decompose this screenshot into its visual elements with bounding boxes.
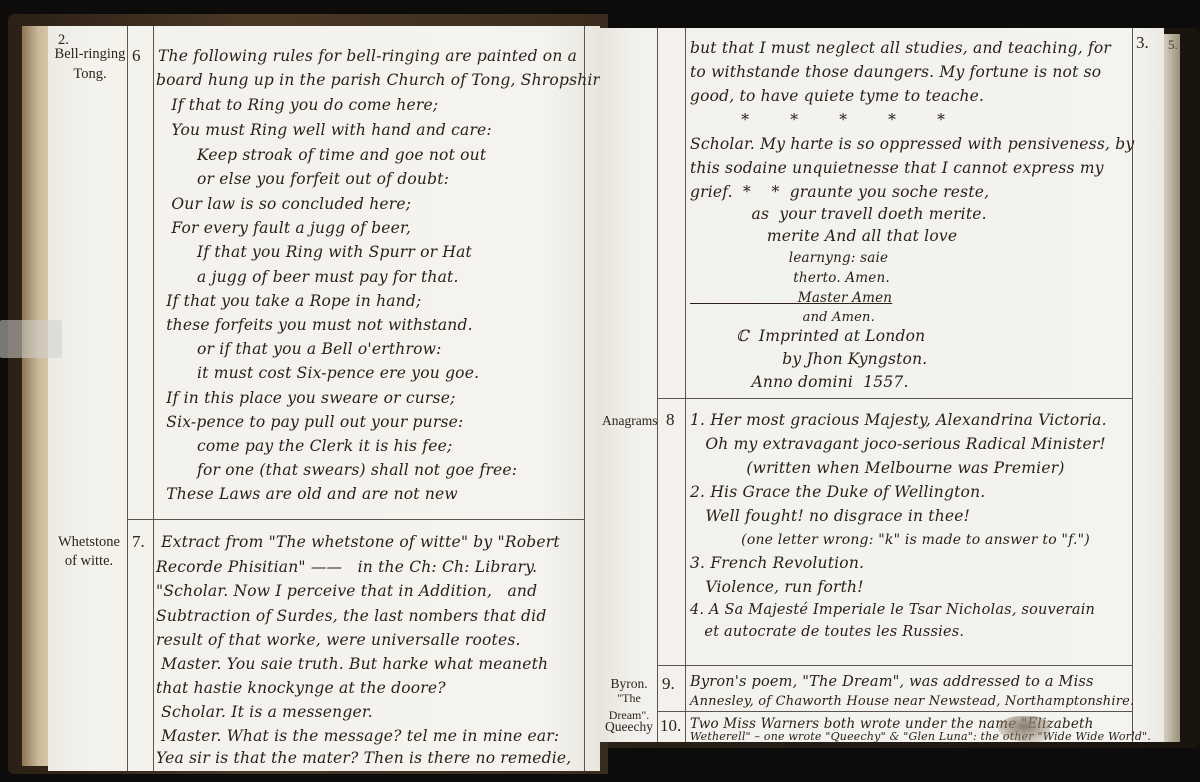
entry-number: 6 <box>132 46 141 66</box>
entry-topic: Tong. <box>54 66 126 83</box>
entry-topic: Bell-ringing <box>54 46 126 63</box>
entry-number: 8 <box>666 410 675 430</box>
left-page: 2. Bell-ringing Tong. 6 The following ru… <box>48 26 600 771</box>
topic-column-rule <box>127 26 128 771</box>
entry-topic: Queechy <box>602 718 656 735</box>
entry-topic: Anagrams <box>602 412 656 429</box>
entry-number: 10. <box>660 716 681 736</box>
book: 2. Bell-ringing Tong. 6 The following ru… <box>8 14 1200 774</box>
entry-divider <box>127 519 585 520</box>
entry-number: 9. <box>662 674 675 694</box>
entry-divider <box>657 398 1133 399</box>
entry-topic: Whetstone <box>52 534 126 551</box>
entry-divider <box>657 665 1133 666</box>
number-column-rule <box>153 26 154 771</box>
topic-column-rule <box>657 28 658 742</box>
right-page: 3. but that I must neglect all studies, … <box>600 28 1164 742</box>
entry-topic: of witte. <box>52 553 126 570</box>
edge-page-mark: 5. <box>1168 36 1178 53</box>
number-column-rule <box>685 28 686 742</box>
page-number: 3. <box>1136 34 1149 51</box>
right-margin-rule <box>584 26 585 771</box>
entry-number: 7. <box>132 532 145 552</box>
page-tab-marker <box>0 320 62 358</box>
